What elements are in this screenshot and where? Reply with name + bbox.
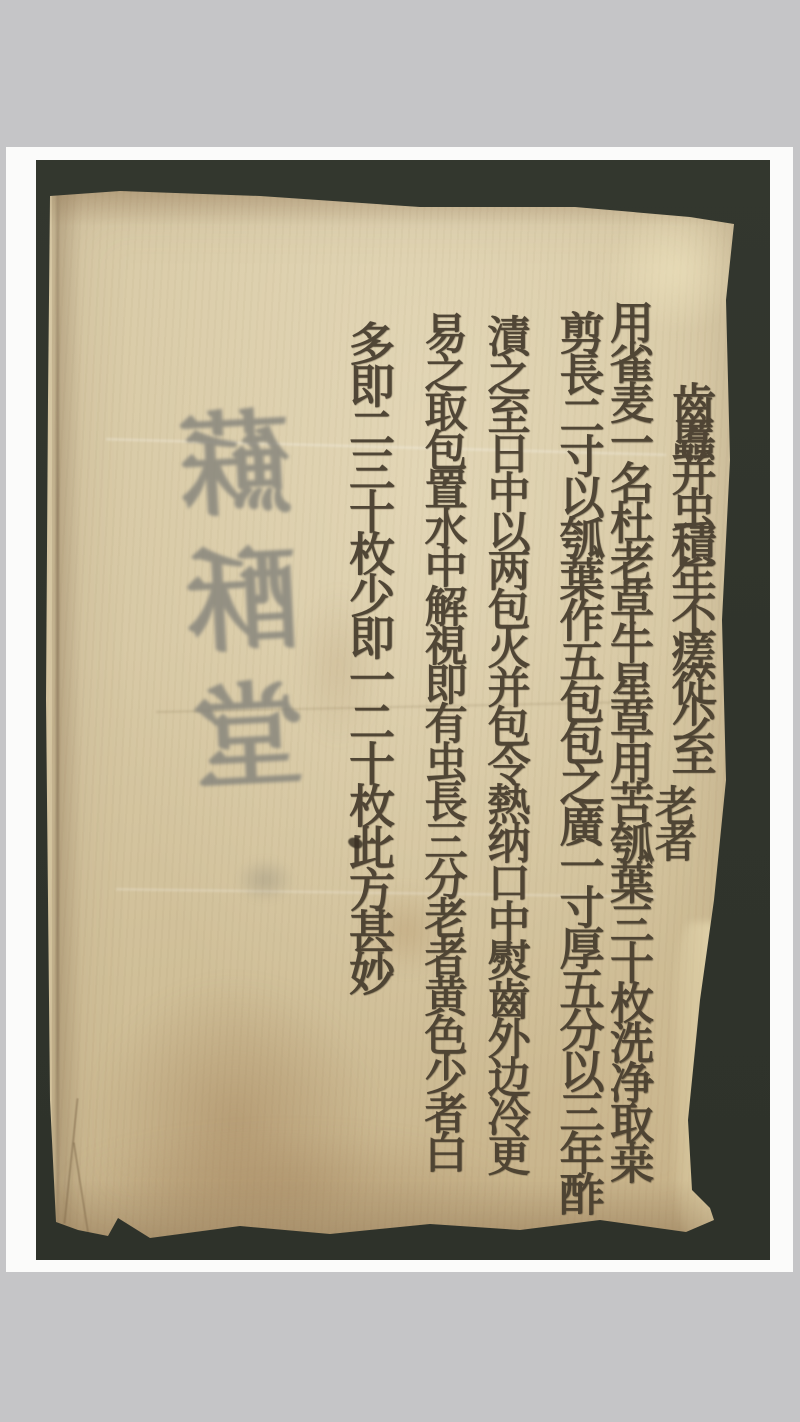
manuscript-column-6: 多即二三十枚少即一二十枚此方甚妙 — [346, 320, 392, 992]
scan-backing: 齒䘌并虫積年不瘥從少至老者用雀麦一名杜老草牛星草用苦瓠葉三十枚洗净取桒剪長二寸以… — [36, 160, 770, 1260]
manuscript-column-1: 齒䘌并虫積年不瘥從少至 — [668, 381, 713, 766]
bleedthrough-inscription: 蘇酥堂 — [185, 402, 318, 815]
manuscript-column-2: 用雀麦一名杜老草牛星草用苦瓠葉三十枚洗净取桒 — [605, 300, 649, 1180]
manuscript-column-4: 漬之至日中以两包火并包令熱纳口中熨齒外边冷更 — [484, 314, 527, 1172]
text-layer: 齒䘌并虫積年不瘥從少至老者用雀麦一名杜老草牛星草用苦瓠葉三十枚洗净取桒剪長二寸以… — [36, 160, 770, 1260]
manuscript-column-3: 剪長二寸以瓠葉作五包包之廣一寸厚五分以三年酢 — [556, 310, 601, 1212]
manuscript-column-5: 易之取包置水中解視即有虫長三分老者黄色少者白 — [421, 311, 464, 1169]
manuscript-column-1b: 老者 — [652, 784, 694, 856]
viewer-background: 齒䘌并虫積年不瘥從少至老者用雀麦一名杜老草牛星草用苦瓠葉三十枚洗净取桒剪長二寸以… — [0, 0, 800, 1422]
